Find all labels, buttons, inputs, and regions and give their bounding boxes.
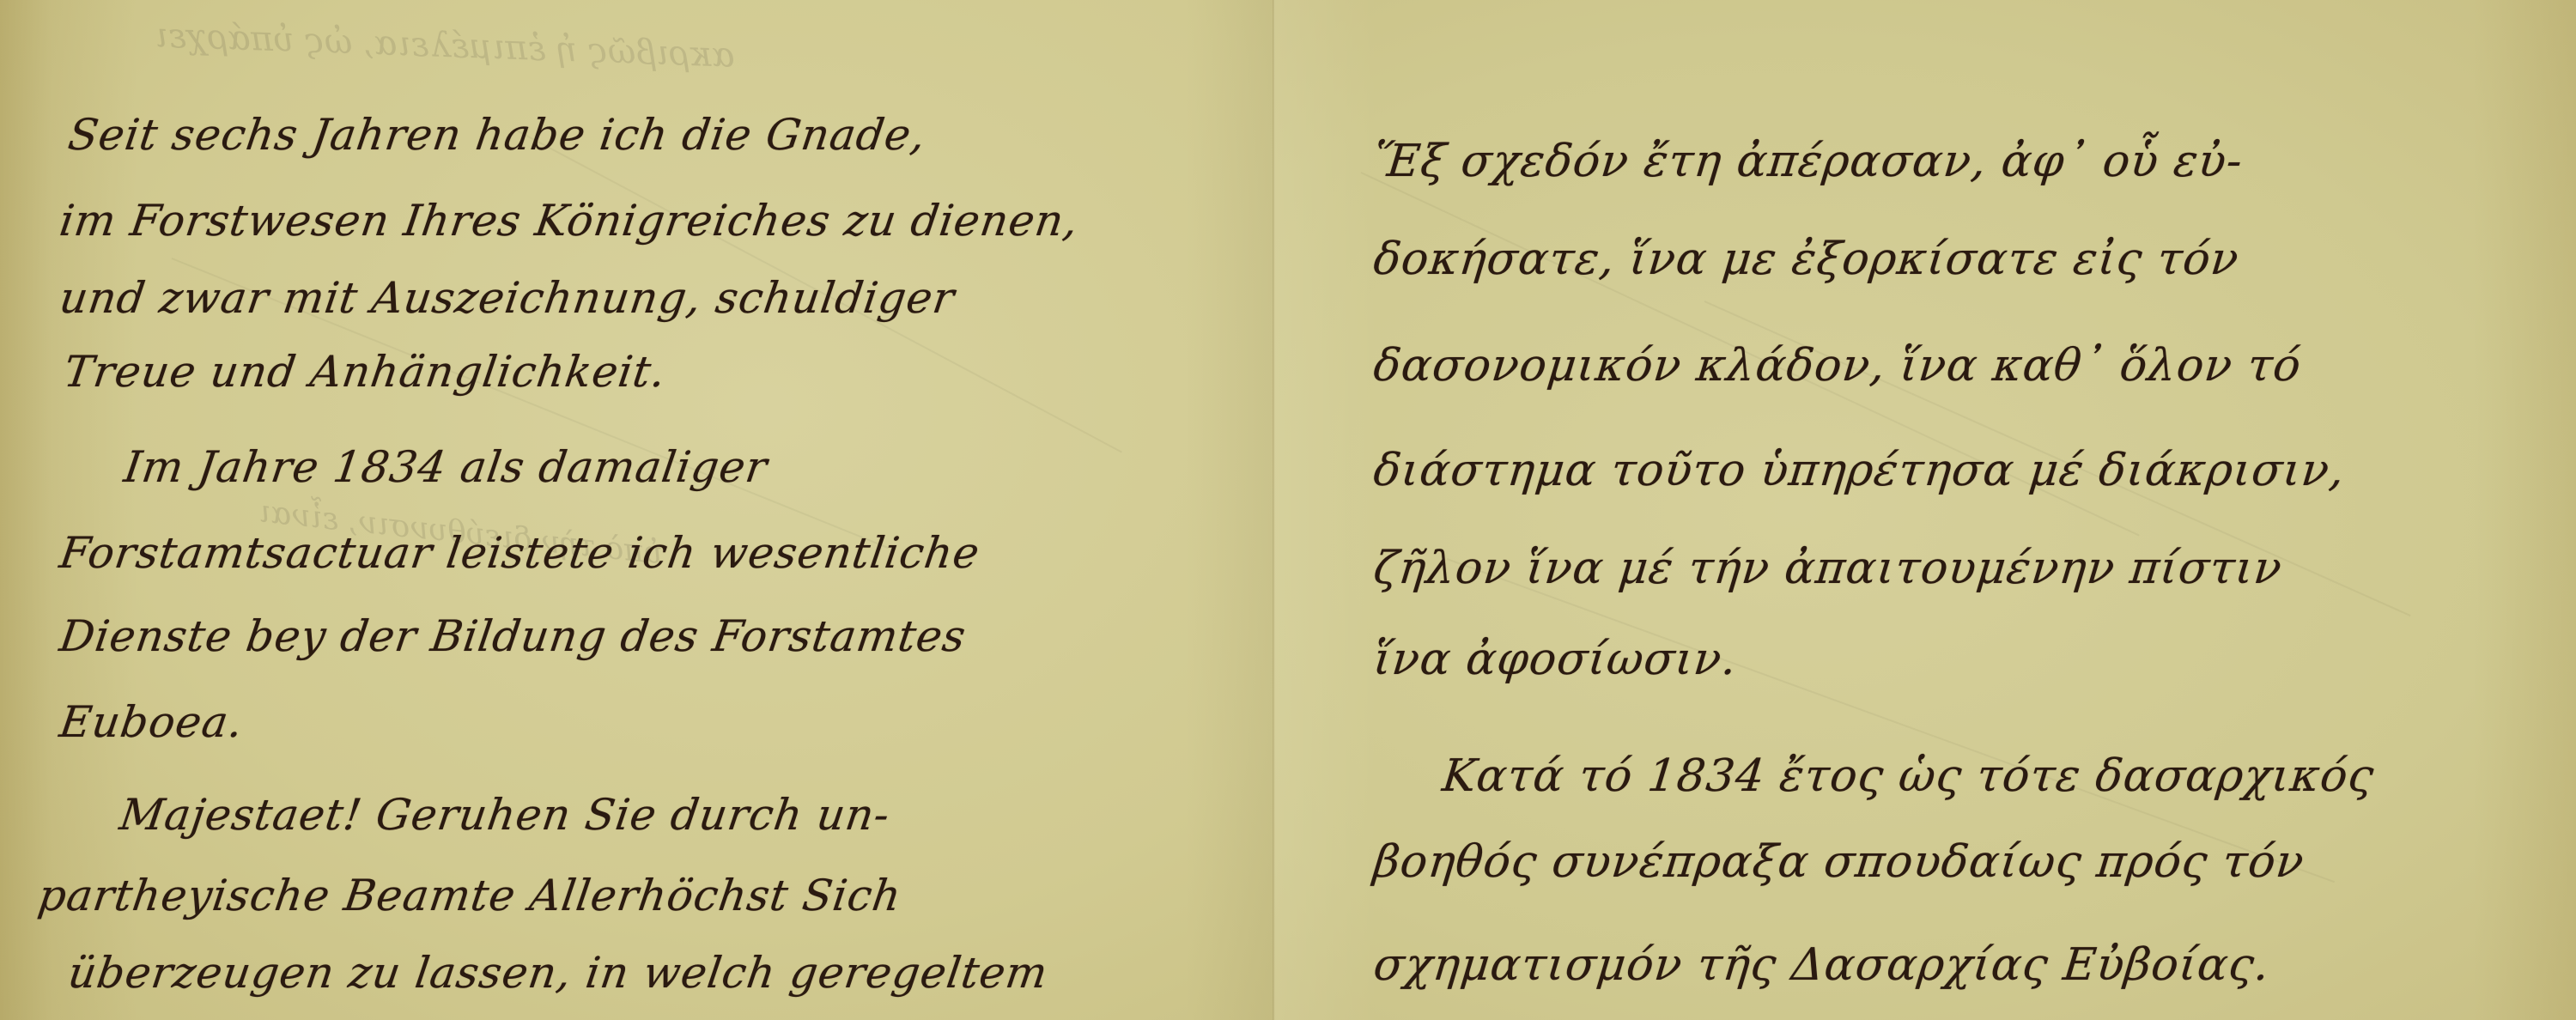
text-line: βοηθός συνέπραξα σπουδαίως πρός τόν [1371,836,2307,888]
text-line: Im Jahre 1834 als damaliger [121,442,771,492]
text-line: partheyische Beamte Allerhöchst Sich [35,871,905,920]
text-line: ἵνα ἀφοσίωσιν. [1371,634,1740,685]
manuscript-spread: ακριβῶς ἡ ἐπιμέλεια, ὡς ὑπάρχει ὑπὸ τὴν … [0,0,2576,1020]
text-line: Treue und Anhänglichkeit. [61,347,670,397]
text-line: διάστημα τοῦτο ὑπηρέτησα μέ διάκρισιν, [1371,445,2348,496]
text-line: Forstamtsactuar leistete ich wesentliche [57,528,983,578]
text-line: Seit sechs Jahren habe ich die Gnade, [65,110,929,160]
text-line: überzeugen zu lassen, in welch geregelte… [65,948,1051,998]
bleed-through-text: ακριβῶς ἡ ἐπιμέλεια, ὡς ὑπάρχει [154,15,735,76]
text-line: Dienste bey der Bildung des Forstamtes [57,611,969,661]
text-line: und zwar mit Auszeichnung, schuldiger [57,273,958,323]
right-page-greek: Gnade ... Majestaet Forstwesen Ihres Kön… [1275,0,2576,1020]
text-line: Κατά τό 1834 ἔτος ὡς τότε δασαρχικός [1440,750,2377,802]
left-page-german: ακριβῶς ἡ ἐπιμέλεια, ὡς ὑπάρχει ὑπὸ τὴν … [0,0,1275,1020]
bleed-through-stroke [1447,558,2335,883]
text-line: ζῆλον ἵνα μέ τήν ἀπαιτουμένην πίστιν [1371,543,2285,594]
text-line: Euboea. [57,697,246,747]
text-line: Ἕξ σχεδόν ἔτη ἀπέρασαν, ἀφ᾽ οὗ εὐ- [1371,136,2245,187]
text-line: δασονομικόν κλάδον, ἵνα καθ᾽ ὅλον τό [1371,340,2304,392]
text-line: σχηματισμόν τῆς Δασαρχίας Εὐβοίας. [1371,939,2272,991]
text-line: Majestaet! Geruhen Sie durch un- [117,790,893,840]
text-line: im Forstwesen Ihres Königreiches zu dien… [57,196,1082,246]
text-line: δοκήσατε, ἵνα με ἐξορκίσατε εἰς τόν [1371,234,2242,285]
